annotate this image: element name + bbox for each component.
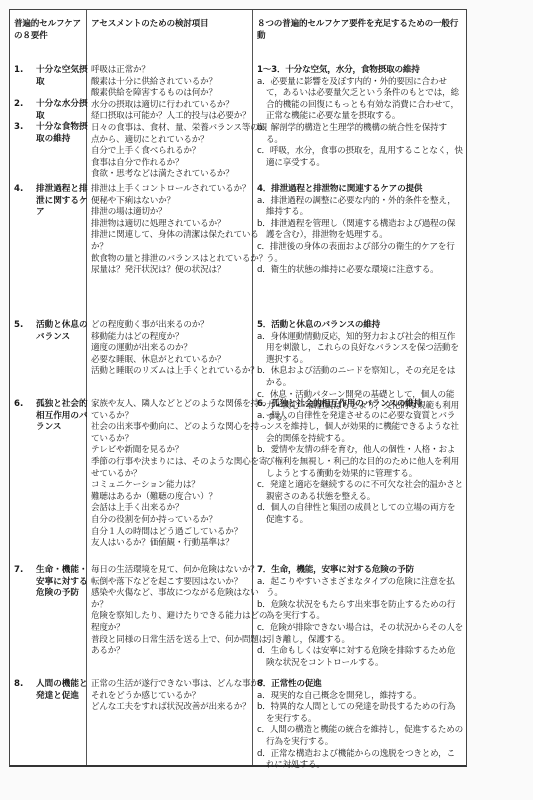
requirement-name: 十分な空気摂取 (36, 65, 92, 88)
assessment-line: 毎日の生活環境を見て、何か危険はないか？ (91, 565, 251, 577)
assessment-r7: 毎日の生活環境を見て、何か危険はないか？ 転倒や落下などを起こす要因はないか？ … (91, 565, 251, 658)
assessment-line: 難聴はあるか（難聴の度合い）？ (91, 492, 251, 504)
requirement-name: 活動と休息のバランス (36, 320, 92, 343)
action-item: d．生命もしくは安寧に対する危険を排除するため危険な状況をコントロールする。 (257, 646, 463, 669)
assessment-r8: 正常の生活が遂行できない事は、どんな事か？ それをどうか感じているか？ どんな工… (91, 679, 251, 714)
requirement-number: 3. (14, 122, 23, 134)
assessment-line: 経口摂取は可能か？人工的投与は必要か？ (91, 111, 251, 123)
action-item: a．個人の自律性を発達させるのに必要な資質とバランスを維持し，個人が効果的に機能… (257, 411, 463, 446)
assessment-line: 普段と同様の日常生活を送る上で、何か問題は (91, 635, 251, 647)
action-item: b．愛情や友情の絆を育む，他人の個性・人格・および権利を無視し・利己的な目的のた… (257, 445, 463, 480)
assessment-line: 程度か？ (91, 623, 251, 635)
assessment-line: 飲食物の量と排泄のバランスはとれているか？ (91, 254, 251, 266)
assessment-line: 季節の行事や決まりには、そのような関心を寄 (91, 457, 251, 469)
assessment-line: 水分の摂取は適切に行われているか？ (91, 100, 251, 112)
assessment-line: 酸素は十分に供給されているか？ (91, 77, 251, 89)
action-item: a．起こりやすいさまざまなタイプの危険に注意を払う。 (257, 577, 463, 600)
action-item: c．排泄後の身体の表面および部分の衛生的ケアを行う。 (257, 242, 463, 265)
assessment-r4: 排泄は上手くコントロールされているか？ 便秘や下痢はないか？ 排泄の場は適切か？… (91, 184, 251, 277)
action-item: a．必要量に影響を及ぼす内的・外的要因に合わせて，あるいは必要量欠乏という条件の… (257, 77, 463, 123)
assessment-line: 会話は上手く出来るか？ (91, 503, 251, 515)
assessment-line: 食事は自分で作れるか？ (91, 158, 251, 170)
action-group-8: 8．正常性の促進 a．現実的な自己概念を開発し，維持する。 b．特異的な人間とし… (257, 679, 463, 772)
action-item: b．休息および活動のニードを察知し，その充足をはかる。 (257, 366, 463, 389)
assessment-line: ているか？ (91, 411, 251, 423)
assessment-line: 適度の運動が出来るのか？ (91, 343, 251, 355)
action-item: c．呼吸，水分，食事の摂取を，乱用することなく，快適に享受する。 (257, 146, 463, 169)
requirement-name: 人間の機能と発達と促進 (36, 679, 92, 702)
requirement-number: 6. (14, 399, 23, 411)
action-group-4: 4．排泄過程と排泄物に関連するケアの提供 a．排泄過程の調整に必要な内的・外的条… (257, 184, 463, 277)
requirement-number: 4. (14, 184, 23, 196)
header-assessment: アセスメントのための検討項目 (91, 19, 249, 31)
header-requirement: 普遍的セルフケアの８要件 (14, 19, 84, 42)
action-item: a．排泄過程の調整に必要な内的・外的条件を整え，維持する。 (257, 196, 463, 219)
assessment-line: それをどうか感じているか？ (91, 691, 251, 703)
assessment-line: 排泄物は適切に処理されているか？ (91, 219, 251, 231)
requirement-number: 1. (14, 65, 23, 77)
assessment-line: 排泄の場は適切か？ (91, 207, 251, 219)
action-item: c．危険が排除できない場合は，その状況からその人を引き離し，保護する。 (257, 623, 463, 646)
requirement-number: 5. (14, 320, 23, 332)
action-item: d．個人の自律性と集団の成員としての立場の両方を促進する。 (257, 503, 463, 526)
action-group-7: 7．生命，機能，安寧に対する危険の予防 a．起こりやすいさまざまなタイプの危険に… (257, 565, 463, 669)
action-item: d．正常な構造および機能からの逸脱をつきとめ，これに対処する。 (257, 749, 463, 772)
assessment-line: せているか？ (91, 469, 251, 481)
assessment-line: 自分で上手く食べられるか？ (91, 146, 251, 158)
requirement-name: 生命・機能・安寧に対する危険の予防 (36, 565, 92, 600)
assessment-line: 転倒や落下などを起こす要因はないか？ (91, 577, 251, 589)
action-group-1-3: 1〜3．十分な空気，水分，食物摂取の維持 a．必要量に影響を及ぼす内的・外的要因… (257, 65, 463, 169)
assessment-line: 活動と睡眠のリズムは上手くとれているか？ (91, 366, 251, 378)
requirement-name: 十分な水分摂取 (36, 99, 92, 122)
requirement-name: 孤独と社会的相互作用のバランス (36, 399, 92, 434)
action-group-6: 6．孤独と社会的相互作用のバランスの維持 a．個人の自律性を発達させるのに必要な… (257, 399, 463, 527)
requirement-name: 排泄過程と排泄に関するケア (36, 184, 92, 219)
action-title: 4．排泄過程と排泄物に関連するケアの提供 (257, 184, 463, 196)
action-title: 5．活動と休息のバランスの維持 (257, 320, 463, 332)
assessment-r5: どの程度動く事が出来るのか？ 移動能力はどの程度か？ 適度の運動が出来るのか？ … (91, 320, 251, 378)
assessment-line: か？ (91, 242, 251, 254)
action-item: a．身体運動情動反応，知的努力および社会的相互作用を刺激し，これらの良好なバラン… (257, 332, 463, 367)
assessment-r6: 家族や友人、隣人などとどのような関係を持っ ているか？ 社会の出来事や動向に、ど… (91, 399, 251, 550)
action-item: b．解剖学的構造と生理学的機構の統合性を保持する。 (257, 123, 463, 146)
assessment-line: コミュニケーション能力は？ (91, 480, 251, 492)
assessment-line: あるか？ (91, 646, 251, 658)
action-item: c．人間の構造と機能の統合を維持し，促進するための行為を実行する。 (257, 725, 463, 748)
action-item: b．危険な状況をもたらす出来事を防止するための行為を実行する。 (257, 600, 463, 623)
action-item: c．発達と適応を継続するのに不可欠な社会的温かさと親密さのある状態を整える。 (257, 480, 463, 503)
assessment-line: 家族や友人、隣人などとどのような関係を持っ (91, 399, 251, 411)
requirement-number: 8. (14, 679, 23, 691)
requirement-name: 十分な食物摂取の維持 (36, 122, 92, 145)
assessment-line: 酸素供給を障害するものは何か？ (91, 88, 251, 100)
assessment-line: どの程度動く事が出来るのか？ (91, 320, 251, 332)
action-item: b．排泄過程を管理し（関連する構造および過程の保護を含む），排泄物を処理する。 (257, 219, 463, 242)
assessment-line: 社会の出来事や動向に、どのような関心を持っ (91, 422, 251, 434)
assessment-line: 必要な睡眠、休息がとれているか？ (91, 355, 251, 367)
assessment-line: 友人はいるか？価値観・行動基準は？ (91, 538, 251, 550)
assessment-r1: 呼吸は正常か？ 酸素は十分に供給されているか？ 酸素供給を障害するものは何か？ … (91, 65, 251, 181)
action-title: 6．孤独と社会的相互作用のバランスの維持 (257, 399, 463, 411)
assessment-line: 排泄に関連して、身体の清潔は保たれている (91, 230, 251, 242)
assessment-line: ているか？ (91, 434, 251, 446)
assessment-line: 排泄は上手くコントロールされているか？ (91, 184, 251, 196)
assessment-line: 移動能力はどの程度か？ (91, 332, 251, 344)
action-item: d．衛生的状態の維持に必要な環境に注意する。 (257, 265, 463, 277)
requirement-number: 7. (14, 565, 23, 577)
assessment-line: 感染や火傷など、事故につながる危険はない (91, 588, 251, 600)
assessment-line: 危険を察知したり、避けたりできる能力はどの (91, 611, 251, 623)
header-action: ８つの普遍的セルフケア要件を充足するための一般行動 (257, 19, 462, 42)
assessment-line: 便秘や下痢はないか？ (91, 196, 251, 208)
assessment-line: か？ (91, 600, 251, 612)
action-title: 1〜3．十分な空気，水分，食物摂取の維持 (257, 65, 463, 77)
assessment-line: 尿量は？発汗状況は？便の状況は？ (91, 265, 251, 277)
assessment-line: どんな工夫をすれば状況改善が出来るか？ (91, 702, 251, 714)
action-item: b．特異的な人間としての発達を助長するための行為を実行する。 (257, 702, 463, 725)
assessment-line: 自分１人の時間はどう過ごしているか？ (91, 527, 251, 539)
assessment-line: 呼吸は正常か？ (91, 65, 251, 77)
assessment-line: 正常の生活が遂行できない事は、どんな事か？ (91, 679, 251, 691)
assessment-line: 食欲・思考などは満たされているか？ (91, 169, 251, 181)
action-title: 8．正常性の促進 (257, 679, 463, 691)
assessment-line: 日々の食事は、食材、量、栄養バランス等の観 (91, 123, 251, 135)
requirement-number: 2. (14, 99, 23, 111)
assessment-line: 点から、適切にとれているか？ (91, 135, 251, 147)
assessment-line: 自分の役割を何か持っているか？ (91, 515, 251, 527)
action-title: 7．生命，機能，安寧に対する危険の予防 (257, 565, 463, 577)
action-item: a．現実的な自己概念を開発し，維持する。 (257, 691, 463, 703)
self-care-requirements-table: 普遍的セルフケアの８要件 アセスメントのための検討項目 ８つの普遍的セルフケア要… (9, 9, 467, 767)
assessment-line: テレビや新聞を見るか？ (91, 445, 251, 457)
